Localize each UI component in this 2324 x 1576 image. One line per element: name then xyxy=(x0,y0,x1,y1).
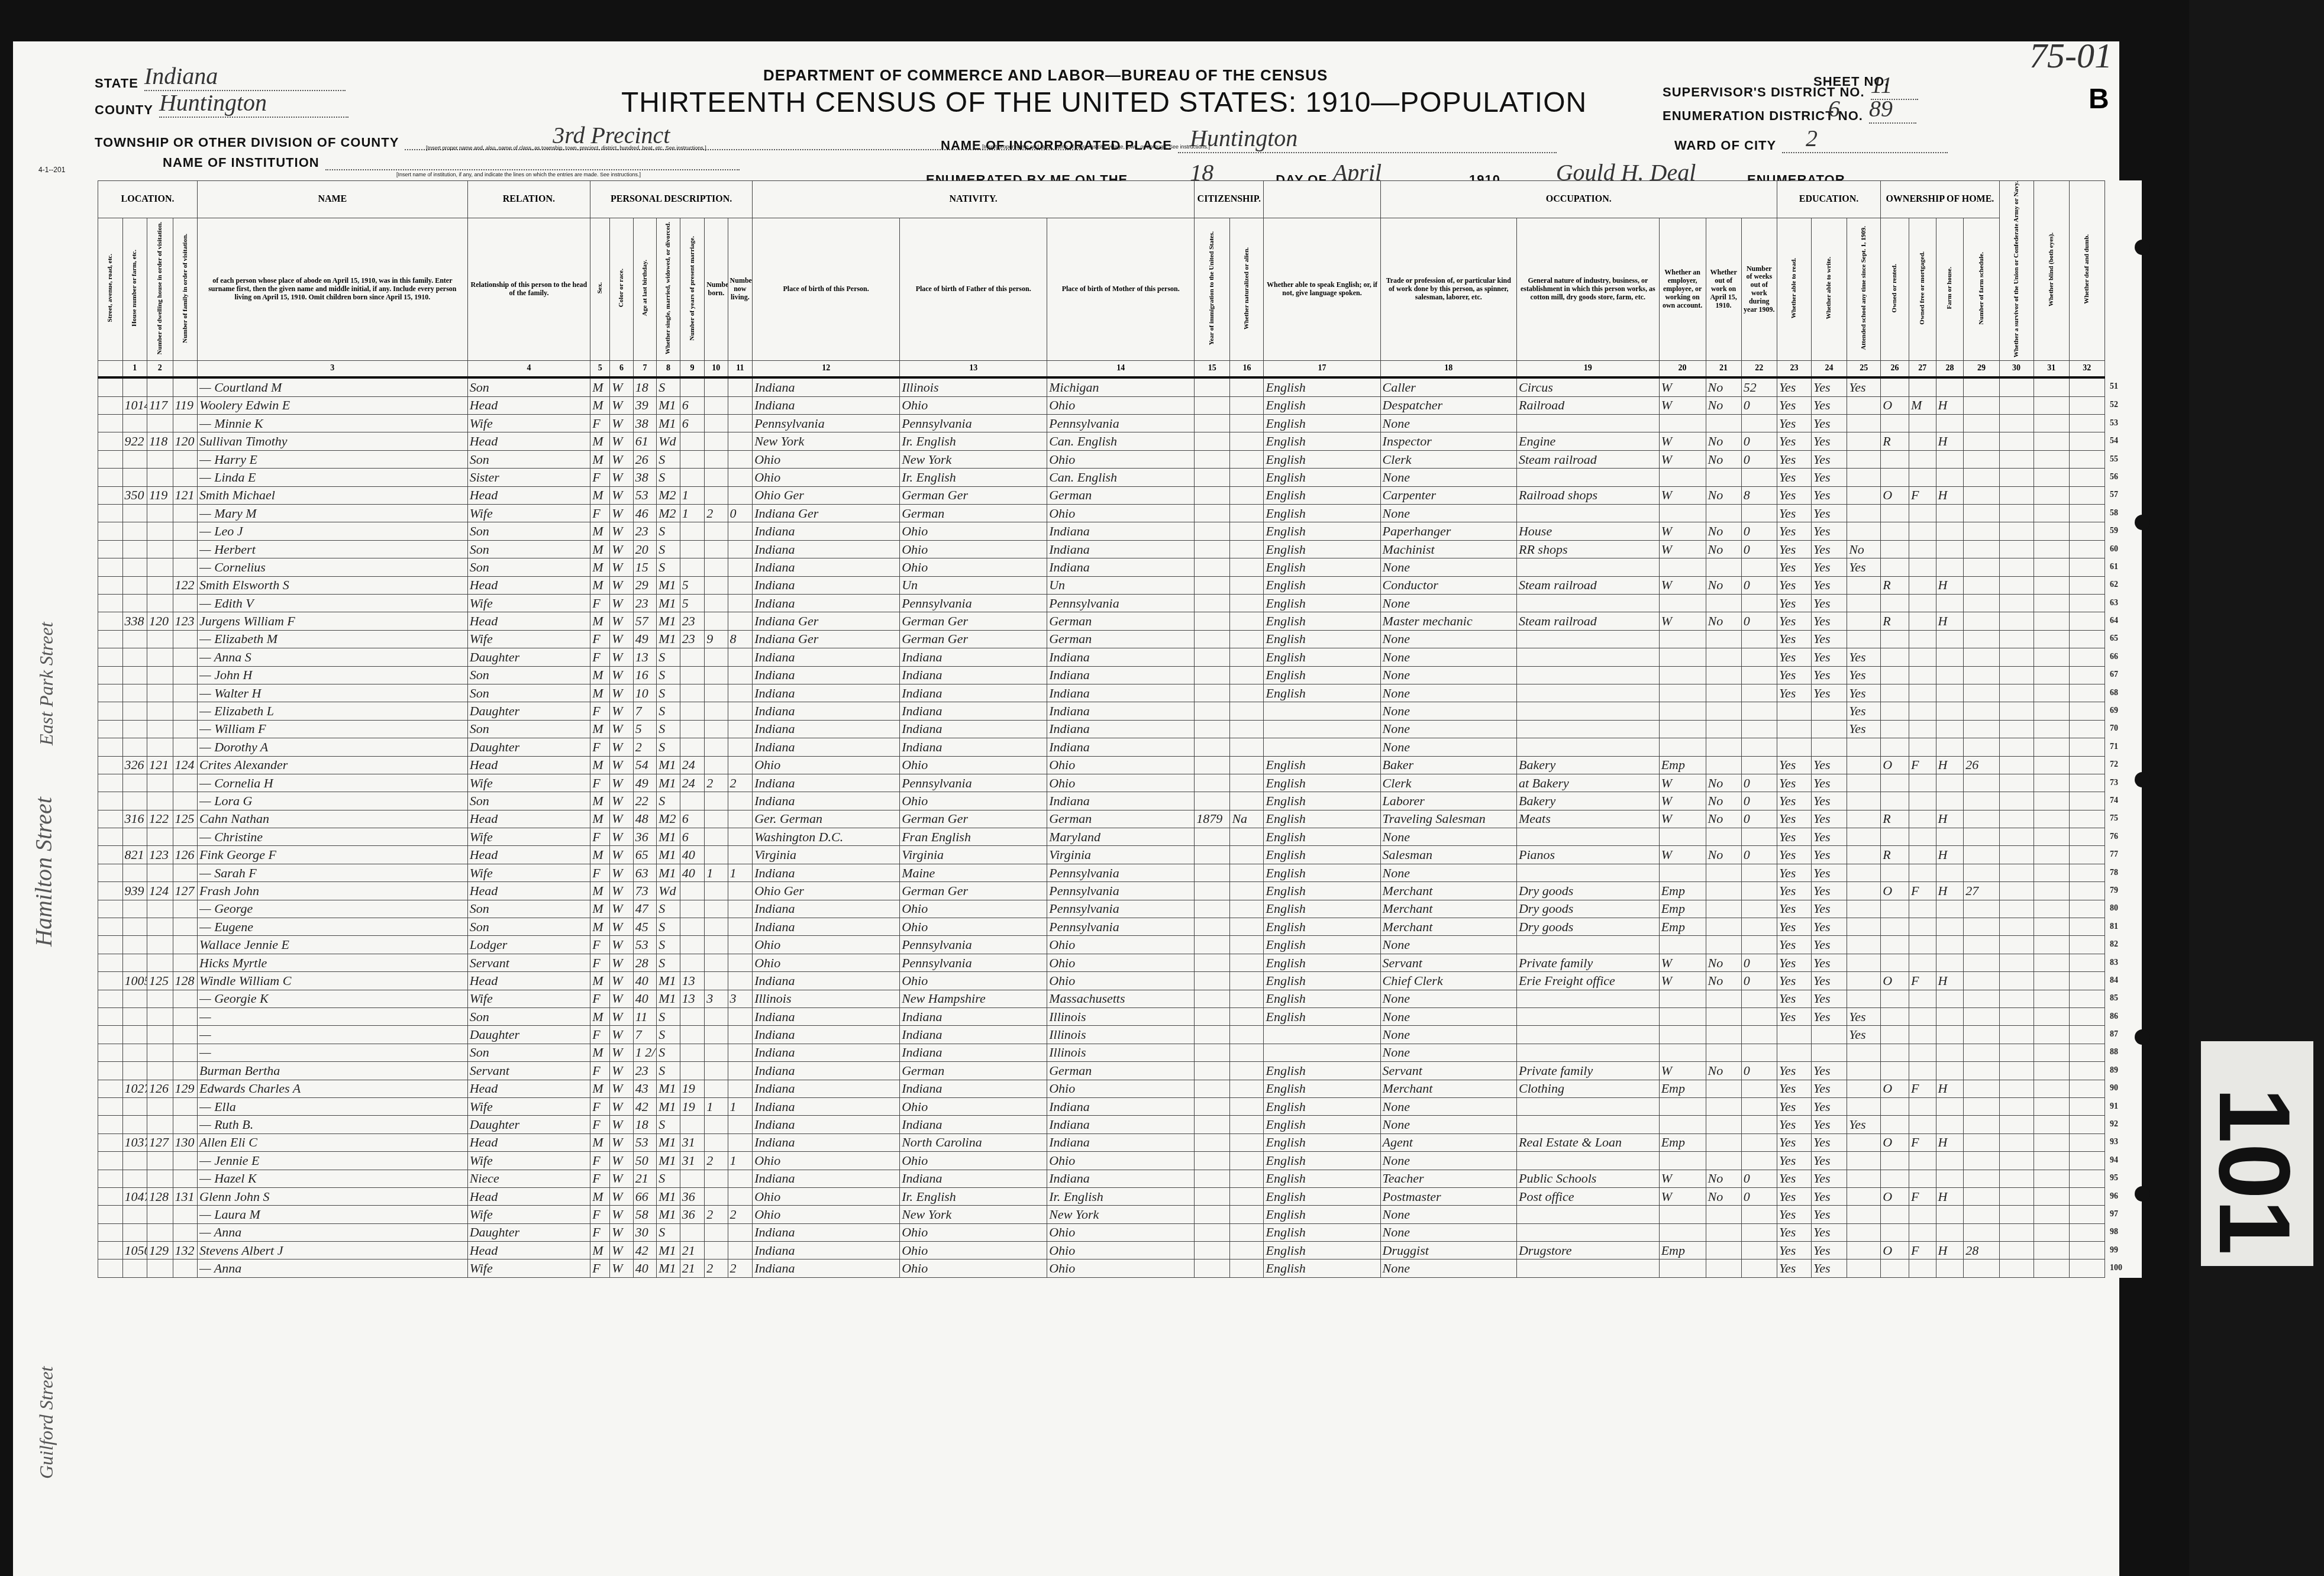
line-number: 71 xyxy=(2104,738,2142,756)
cell-language: English xyxy=(1264,450,1380,468)
cell-blind xyxy=(2033,1062,2069,1080)
cell-pob: Washington D.C. xyxy=(753,828,900,846)
cell-house: 1037 xyxy=(122,1133,147,1151)
cell-house: 338 xyxy=(122,612,147,630)
cell-yrs-married: 24 xyxy=(680,756,705,774)
cell-dwelling xyxy=(147,900,173,918)
cell-out-work xyxy=(1706,882,1741,900)
cell-out-work xyxy=(1706,828,1741,846)
cell-industry xyxy=(1516,720,1659,738)
cell-farm xyxy=(1936,990,1964,1007)
cell-immig xyxy=(1195,558,1230,576)
cell-write: Yes xyxy=(1811,576,1847,594)
cell-farm xyxy=(1936,900,1964,918)
cell-relation: Son xyxy=(467,1044,590,1061)
cell-pob-mother: Indiana xyxy=(1047,1133,1195,1151)
group-ownership: OWNERSHIP OF HOME. xyxy=(1881,181,1999,218)
line-number: 81 xyxy=(2104,918,2142,936)
cell-write: Yes xyxy=(1811,828,1847,846)
cell-language: English xyxy=(1264,576,1380,594)
cell-living: 3 xyxy=(728,990,753,1007)
cell-street xyxy=(98,432,123,450)
cell-deaf xyxy=(2069,882,2104,900)
cell-age: 1 2/12 xyxy=(633,1044,656,1061)
cell-out-work xyxy=(1706,1206,1741,1223)
cell-industry xyxy=(1516,990,1659,1007)
cell-immig xyxy=(1195,666,1230,684)
cell-read: Yes xyxy=(1777,918,1811,936)
cell-out-work xyxy=(1706,756,1741,774)
cell-trade: Salesman xyxy=(1380,846,1516,864)
cell-race: W xyxy=(610,486,633,504)
cell-house xyxy=(122,1007,147,1025)
cell-trade: Servant xyxy=(1380,954,1516,971)
cell-deaf xyxy=(2069,1259,2104,1277)
cell-veteran xyxy=(1999,1080,2033,1097)
cell-industry: Steam railroad xyxy=(1516,450,1659,468)
cell-read xyxy=(1777,720,1811,738)
cell-free: F xyxy=(1909,1187,1936,1205)
cell-weeks-out: 0 xyxy=(1741,612,1777,630)
cell-emp xyxy=(1659,1206,1706,1223)
cell-emp xyxy=(1659,666,1706,684)
cell-pob-mother: Indiana xyxy=(1047,522,1195,540)
cell-dwelling xyxy=(147,918,173,936)
cell-weeks-out: 0 xyxy=(1741,774,1777,792)
cell-street xyxy=(98,377,123,396)
cell-relation: Son xyxy=(467,450,590,468)
cell-yrs-married: 36 xyxy=(680,1187,705,1205)
cell-relation: Daughter xyxy=(467,648,590,666)
cell-schedule xyxy=(1964,576,1999,594)
cell-street xyxy=(98,792,123,810)
cell-pob-father: German Ger xyxy=(900,810,1047,828)
cell-pob-mother: Ohio xyxy=(1047,1152,1195,1170)
cell-sex: M xyxy=(590,972,610,990)
cell-veteran xyxy=(1999,774,2033,792)
cell-veteran xyxy=(1999,1116,2033,1133)
cell-house xyxy=(122,900,147,918)
cell-farm xyxy=(1936,1259,1964,1277)
cell-relation: Head xyxy=(467,432,590,450)
cell-pob-father: Fran English xyxy=(900,828,1047,846)
cell-industry xyxy=(1516,1026,1659,1044)
table-row: — Harry ESonMW26SOhioNew YorkOhioEnglish… xyxy=(98,450,2142,468)
cell-race: W xyxy=(610,1044,633,1061)
cell-deaf xyxy=(2069,846,2104,864)
cell-natur xyxy=(1230,469,1264,486)
cell-weeks-out: 0 xyxy=(1741,1187,1777,1205)
cell-sex: F xyxy=(590,630,610,648)
cell-marital: Wd xyxy=(657,432,680,450)
cell-blind xyxy=(2033,756,2069,774)
cell-schedule xyxy=(1964,1152,1999,1170)
cell-family xyxy=(173,1097,198,1115)
line-number: 99 xyxy=(2104,1242,2142,1259)
cell-own: R xyxy=(1881,432,1909,450)
cell-natur xyxy=(1230,738,1264,756)
cell-street xyxy=(98,1097,123,1115)
cell-born xyxy=(705,918,728,936)
cell-deaf xyxy=(2069,630,2104,648)
cell-sex: M xyxy=(590,1242,610,1259)
cell-age: 11 xyxy=(633,1007,656,1025)
cell-schedule xyxy=(1964,1044,1999,1061)
cell-pob: Ohio xyxy=(753,756,900,774)
cell-pob-father: Ir. English xyxy=(900,432,1047,450)
cell-language: English xyxy=(1264,918,1380,936)
cell-schedule xyxy=(1964,864,1999,881)
cell-natur xyxy=(1230,576,1264,594)
ward-value: 2 xyxy=(1782,124,1948,153)
cell-street xyxy=(98,1116,123,1133)
cell-street xyxy=(98,576,123,594)
cell-out-work xyxy=(1706,1259,1741,1277)
cell-trade: None xyxy=(1380,1097,1516,1115)
cell-pob-father: Indiana xyxy=(900,1007,1047,1025)
cell-relation: Daughter xyxy=(467,1026,590,1044)
cell-out-work xyxy=(1706,558,1741,576)
cell-immig xyxy=(1195,792,1230,810)
cell-veteran xyxy=(1999,415,2033,432)
cell-farm: H xyxy=(1936,972,1964,990)
cell-race: W xyxy=(610,540,633,558)
cell-blind xyxy=(2033,1026,2069,1044)
cell-farm xyxy=(1936,1170,1964,1187)
cell-natur xyxy=(1230,954,1264,971)
cell-race: W xyxy=(610,576,633,594)
cell-family xyxy=(173,1116,198,1133)
cell-name: — Jennie E xyxy=(198,1152,468,1170)
table-row: — Anna SDaughterFW13SIndianaIndianaIndia… xyxy=(98,648,2142,666)
cell-pob: Indiana xyxy=(753,648,900,666)
cell-write xyxy=(1811,702,1847,720)
cell-race: W xyxy=(610,1133,633,1151)
cell-read: Yes xyxy=(1777,774,1811,792)
cell-blind xyxy=(2033,1133,2069,1151)
cell-immig: 1879 xyxy=(1195,810,1230,828)
line-number: 79 xyxy=(2104,882,2142,900)
cell-emp xyxy=(1659,1097,1706,1115)
cell-free xyxy=(1909,1223,1936,1241)
cell-pob-mother: Ir. English xyxy=(1047,1187,1195,1205)
cell-street xyxy=(98,954,123,971)
cell-trade: Clerk xyxy=(1380,774,1516,792)
cell-school xyxy=(1847,1206,1881,1223)
cell-emp xyxy=(1659,738,1706,756)
cell-yrs-married xyxy=(680,1170,705,1187)
cell-write: Yes xyxy=(1811,1242,1847,1259)
cell-trade: None xyxy=(1380,648,1516,666)
cell-family xyxy=(173,1206,198,1223)
tab-number: 101 xyxy=(2196,1087,2312,1241)
cell-emp xyxy=(1659,720,1706,738)
cell-name: — Cornelia H xyxy=(198,774,468,792)
cell-natur xyxy=(1230,377,1264,396)
cell-born xyxy=(705,1044,728,1061)
col-veteran: Whether a survivor of the Union or Confe… xyxy=(1999,181,2033,361)
incorporated-note: [Insert proper name and, also, name of c… xyxy=(982,144,1210,150)
cell-industry: Post office xyxy=(1516,1187,1659,1205)
cell-pob-mother: Indiana xyxy=(1047,558,1195,576)
cell-school xyxy=(1847,432,1881,450)
cell-marital: S xyxy=(657,900,680,918)
table-row: — CorneliusSonMW15SIndianaOhioIndianaEng… xyxy=(98,558,2142,576)
cell-language xyxy=(1264,702,1380,720)
cell-free xyxy=(1909,1170,1936,1187)
cell-house: 316 xyxy=(122,810,147,828)
cell-marital: M1 xyxy=(657,1242,680,1259)
cell-marital: M1 xyxy=(657,415,680,432)
cell-dwelling: 129 xyxy=(147,1242,173,1259)
cell-sex: M xyxy=(590,684,610,702)
cell-language: English xyxy=(1264,1223,1380,1241)
cell-write: Yes xyxy=(1811,1062,1847,1080)
cell-dwelling xyxy=(147,990,173,1007)
cell-street xyxy=(98,1007,123,1025)
cell-natur xyxy=(1230,792,1264,810)
col-relation: Relationship of this person to the head … xyxy=(467,218,590,361)
cell-industry: RR shops xyxy=(1516,540,1659,558)
col-language: Whether able to speak English; or, if no… xyxy=(1264,218,1380,361)
cell-born xyxy=(705,612,728,630)
column-number: 32 xyxy=(2069,361,2104,378)
cell-pob-father: Indiana xyxy=(900,1080,1047,1097)
cell-sex: F xyxy=(590,774,610,792)
cell-race: W xyxy=(610,738,633,756)
cell-marital: M1 xyxy=(657,756,680,774)
cell-veteran xyxy=(1999,432,2033,450)
col-pob-father: Place of birth of Father of this person. xyxy=(900,218,1047,361)
cell-living: 1 xyxy=(728,1097,753,1115)
cell-own: O xyxy=(1881,756,1909,774)
cell-out-work xyxy=(1706,1133,1741,1151)
column-number: 1 xyxy=(122,361,147,378)
cell-pob-father: German xyxy=(900,1062,1047,1080)
cell-blind xyxy=(2033,900,2069,918)
cell-weeks-out xyxy=(1741,1116,1777,1133)
cell-school xyxy=(1847,450,1881,468)
cell-deaf xyxy=(2069,540,2104,558)
cell-sex: M xyxy=(590,1080,610,1097)
cell-name: Wallace Jennie E xyxy=(198,936,468,954)
cell-immig xyxy=(1195,486,1230,504)
column-number: 14 xyxy=(1047,361,1195,378)
cell-race: W xyxy=(610,846,633,864)
cell-free xyxy=(1909,792,1936,810)
cell-farm xyxy=(1936,918,1964,936)
cell-dwelling xyxy=(147,469,173,486)
cell-trade: None xyxy=(1380,702,1516,720)
cell-name: — Eugene xyxy=(198,918,468,936)
cell-language: English xyxy=(1264,522,1380,540)
cell-name: — Hazel K xyxy=(198,1170,468,1187)
cell-deaf xyxy=(2069,469,2104,486)
cell-pob-mother: Can. English xyxy=(1047,432,1195,450)
cell-age: 21 xyxy=(633,1170,656,1187)
cell-schedule xyxy=(1964,1223,1999,1241)
cell-yrs-married: 6 xyxy=(680,415,705,432)
col-farm-schedule: Number of farm schedule. xyxy=(1964,218,1999,361)
cell-emp xyxy=(1659,595,1706,612)
line-number: 78 xyxy=(2104,864,2142,881)
cell-born xyxy=(705,792,728,810)
cell-free: F xyxy=(1909,486,1936,504)
cell-family xyxy=(173,1223,198,1241)
cell-pob-mother: Can. English xyxy=(1047,469,1195,486)
cell-name: — Sarah F xyxy=(198,864,468,881)
cell-pob-mother: Massachusetts xyxy=(1047,990,1195,1007)
cell-street xyxy=(98,505,123,522)
cell-pob-father: German Ger xyxy=(900,612,1047,630)
cell-out-work xyxy=(1706,1116,1741,1133)
cell-school xyxy=(1847,810,1881,828)
cell-age: 43 xyxy=(633,1080,656,1097)
cell-out-work xyxy=(1706,469,1741,486)
cell-pob: Indiana xyxy=(753,666,900,684)
cell-natur xyxy=(1230,774,1264,792)
cell-born xyxy=(705,450,728,468)
cell-relation: Head xyxy=(467,972,590,990)
cell-born xyxy=(705,954,728,971)
cell-language: English xyxy=(1264,936,1380,954)
cell-sex: F xyxy=(590,1170,610,1187)
cell-veteran xyxy=(1999,648,2033,666)
cell-house xyxy=(122,540,147,558)
line-number: 64 xyxy=(2104,612,2142,630)
cell-emp: Emp xyxy=(1659,1242,1706,1259)
cell-natur xyxy=(1230,1242,1264,1259)
column-number: 6 xyxy=(610,361,633,378)
cell-blind xyxy=(2033,828,2069,846)
cell-name: Edwards Charles A xyxy=(198,1080,468,1097)
cell-industry xyxy=(1516,1116,1659,1133)
cell-read: Yes xyxy=(1777,1007,1811,1025)
cell-yrs-married xyxy=(680,558,705,576)
punch-hole xyxy=(2135,772,2150,787)
cell-sex: M xyxy=(590,1044,610,1061)
table-row: 338120123Jurgens William FHeadMW57M123In… xyxy=(98,612,2142,630)
col-pob-person: Place of birth of this Person. xyxy=(753,218,900,361)
table-row: — Laura MWifeFW58M13622OhioNew YorkNew Y… xyxy=(98,1206,2142,1223)
cell-marital: M1 xyxy=(657,595,680,612)
cell-immig xyxy=(1195,936,1230,954)
cell-sex: M xyxy=(590,396,610,414)
cell-own xyxy=(1881,558,1909,576)
cell-house: 939 xyxy=(122,882,147,900)
line-number: 82 xyxy=(2104,936,2142,954)
cell-emp: Emp xyxy=(1659,918,1706,936)
cell-name: — Elizabeth L xyxy=(198,702,468,720)
cell-own xyxy=(1881,954,1909,971)
cell-weeks-out: 0 xyxy=(1741,1170,1777,1187)
cell-trade: None xyxy=(1380,1007,1516,1025)
cell-weeks-out xyxy=(1741,1206,1777,1223)
cell-born xyxy=(705,396,728,414)
cell-write: Yes xyxy=(1811,540,1847,558)
line-number: 98 xyxy=(2104,1223,2142,1241)
cell-write xyxy=(1811,720,1847,738)
cell-farm xyxy=(1936,415,1964,432)
cell-age: 57 xyxy=(633,612,656,630)
table-row: — Mary MWifeFW46M2120Indiana GerGermanOh… xyxy=(98,505,2142,522)
census-title: THIRTEENTH CENSUS OF THE UNITED STATES: … xyxy=(621,86,1587,119)
cell-industry: Drugstore xyxy=(1516,1242,1659,1259)
cell-relation: Son xyxy=(467,720,590,738)
cell-natur xyxy=(1230,612,1264,630)
table-row: — Linda ESisterFW38SOhioIr. EnglishCan. … xyxy=(98,469,2142,486)
cell-free xyxy=(1909,846,1936,864)
cell-pob: Indiana Ger xyxy=(753,505,900,522)
cell-free: M xyxy=(1909,396,1936,414)
cell-relation: Son xyxy=(467,558,590,576)
cell-veteran xyxy=(1999,846,2033,864)
cell-immig xyxy=(1195,576,1230,594)
cell-farm: H xyxy=(1936,486,1964,504)
cell-pob-mother: Indiana xyxy=(1047,666,1195,684)
cell-out-work: No xyxy=(1706,810,1741,828)
cell-farm xyxy=(1936,864,1964,881)
cell-relation: Wife xyxy=(467,1206,590,1223)
cell-language: English xyxy=(1264,377,1380,396)
cell-dwelling xyxy=(147,1007,173,1025)
cell-own: R xyxy=(1881,810,1909,828)
cell-dwelling xyxy=(147,864,173,881)
cell-dwelling: 117 xyxy=(147,396,173,414)
cell-out-work xyxy=(1706,595,1741,612)
cell-read: Yes xyxy=(1777,972,1811,990)
cell-weeks-out xyxy=(1741,1223,1777,1241)
line-number: 62 xyxy=(2104,576,2142,594)
cell-yrs-married xyxy=(680,1223,705,1241)
cell-read: Yes xyxy=(1777,505,1811,522)
cell-family xyxy=(173,684,198,702)
cell-write: Yes xyxy=(1811,1187,1847,1205)
cell-natur xyxy=(1230,558,1264,576)
cell-street xyxy=(98,810,123,828)
col-employment-class: Whether an employer, employee, or workin… xyxy=(1659,218,1706,361)
cell-dwelling xyxy=(147,1170,173,1187)
cell-family xyxy=(173,1026,198,1044)
cell-trade: None xyxy=(1380,1116,1516,1133)
cell-dwelling xyxy=(147,377,173,396)
cell-trade: Conductor xyxy=(1380,576,1516,594)
cell-pob-father: Pennsylvania xyxy=(900,774,1047,792)
cell-natur xyxy=(1230,936,1264,954)
cell-write: Yes xyxy=(1811,612,1847,630)
cell-language: English xyxy=(1264,1097,1380,1115)
cell-name: — xyxy=(198,1026,468,1044)
line-number: 84 xyxy=(2104,972,2142,990)
cell-pob: Indiana xyxy=(753,1259,900,1277)
cell-write: Yes xyxy=(1811,882,1847,900)
cell-write: Yes xyxy=(1811,377,1847,396)
cell-emp: W xyxy=(1659,450,1706,468)
cell-born xyxy=(705,576,728,594)
cell-living: 1 xyxy=(728,1152,753,1170)
cell-trade: None xyxy=(1380,415,1516,432)
col-write: Whether able to write. xyxy=(1811,218,1847,361)
cell-sex: M xyxy=(590,612,610,630)
cell-pob: Ohio xyxy=(753,469,900,486)
cell-out-work xyxy=(1706,1026,1741,1044)
cell-read: Yes xyxy=(1777,792,1811,810)
cell-read: Yes xyxy=(1777,595,1811,612)
cell-weeks-out xyxy=(1741,918,1777,936)
cell-born xyxy=(705,738,728,756)
cell-house xyxy=(122,666,147,684)
cell-deaf xyxy=(2069,1097,2104,1115)
